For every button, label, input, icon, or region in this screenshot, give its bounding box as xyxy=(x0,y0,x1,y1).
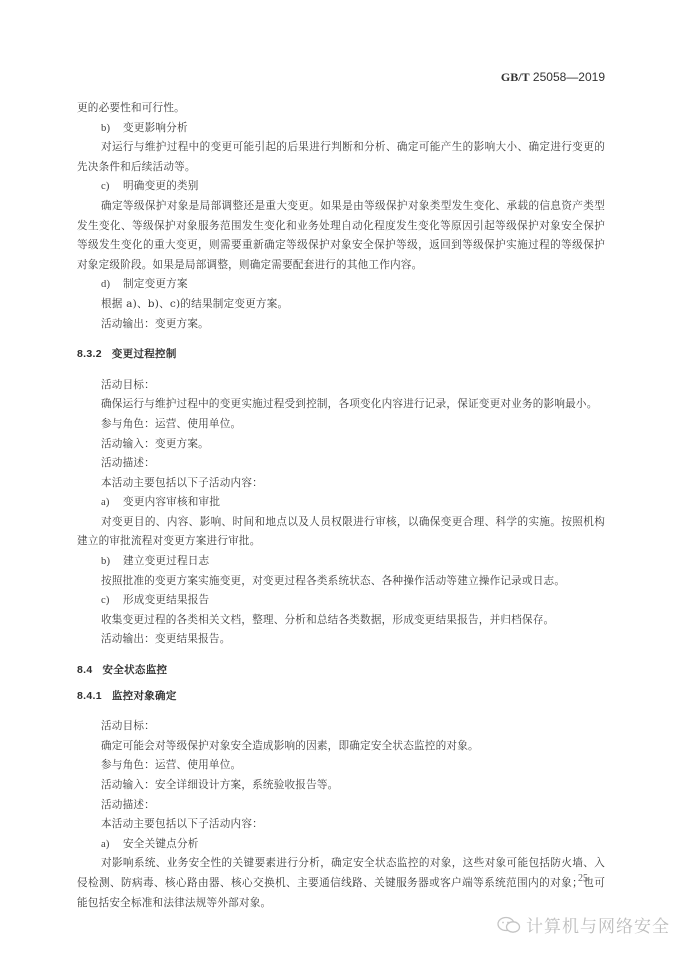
watermark: 计算机与网络安全 xyxy=(496,912,670,937)
list-item: b)建立变更过程日志 xyxy=(77,552,605,572)
paragraph: 活动目标： xyxy=(77,376,605,396)
paragraph: 对运行与维护过程中的变更可能引起的后果进行判断和分析、确定可能产生的影响大小、确… xyxy=(77,138,605,177)
paragraph: 更的必要性和可行性。 xyxy=(77,99,605,119)
paragraph: 本活动主要包括以下子活动内容： xyxy=(77,815,605,835)
section-heading-8-4: 8.4安全状态监控 xyxy=(77,661,605,681)
standard-number: 25058—2019 xyxy=(533,70,605,84)
section-heading-8-3-2: 8.3.2变更过程控制 xyxy=(77,345,605,365)
paragraph: 确保运行与维护过程中的变更实施过程受到控制，各项变化内容进行记录，保证变更对业务… xyxy=(77,395,605,415)
paragraph: 确定等级保护对象是局部调整还是重大变更。如果是由等级保护对象类型发生变化、承载的… xyxy=(77,197,605,275)
section-number: 8.3.2 xyxy=(77,345,102,365)
document-body: 更的必要性和可行性。 b)变更影响分析 对运行与维护过程中的变更可能引起的后果进… xyxy=(77,99,605,913)
paragraph: 活动描述： xyxy=(77,796,605,816)
paragraph: 活动输出：变更方案。 xyxy=(77,315,605,335)
section-number: 8.4 xyxy=(77,661,93,681)
list-title: 制定变更方案 xyxy=(123,278,188,290)
list-title: 变更影响分析 xyxy=(123,122,188,134)
list-title: 安全关键点分析 xyxy=(123,838,199,850)
paragraph: 本活动主要包括以下子活动内容： xyxy=(77,474,605,494)
list-item: a)安全关键点分析 xyxy=(77,835,605,855)
list-label: b) xyxy=(101,119,123,139)
paragraph: 活动输入：安全详细设计方案，系统验收报告等。 xyxy=(77,776,605,796)
page-number: 25 xyxy=(578,873,588,884)
section-title: 监控对象确定 xyxy=(112,690,177,702)
section-number: 8.4.1 xyxy=(77,687,102,707)
list-title: 建立变更过程日志 xyxy=(123,555,209,567)
section-heading-8-4-1: 8.4.1监控对象确定 xyxy=(77,687,605,707)
list-label: a) xyxy=(101,493,123,513)
list-label: a) xyxy=(101,835,123,855)
paragraph: 按照批准的变更方案实施变更，对变更过程各类系统状态、各种操作活动等建立操作记录或… xyxy=(77,572,605,592)
section-title: 变更过程控制 xyxy=(112,348,177,360)
list-item: d)制定变更方案 xyxy=(77,275,605,295)
paragraph: 活动输入：变更方案。 xyxy=(77,435,605,455)
paragraph: 确定可能会对等级保护对象安全造成影响的因素，即确定安全状态监控的对象。 xyxy=(77,737,605,757)
watermark-text: 计算机与网络安全 xyxy=(526,912,670,937)
list-item: b)变更影响分析 xyxy=(77,119,605,139)
paragraph: 参与角色：运营、使用单位。 xyxy=(77,415,605,435)
paragraph: 对影响系统、业务安全性的关键要素进行分析，确定安全状态监控的对象，这些对象可能包… xyxy=(77,854,605,913)
list-item: c)形成变更结果报告 xyxy=(77,591,605,611)
paragraph: 收集变更过程的各类相关文档，整理、分析和总结各类数据，形成变更结果报告，并归档保… xyxy=(77,611,605,631)
paragraph: 活动目标： xyxy=(77,717,605,737)
wechat-icon xyxy=(496,915,522,935)
section-title: 安全状态监控 xyxy=(103,664,168,676)
list-title: 变更内容审核和审批 xyxy=(123,496,220,508)
list-item: c)明确变更的类别 xyxy=(77,177,605,197)
paragraph: 活动描述： xyxy=(77,454,605,474)
list-label: c) xyxy=(101,177,123,197)
list-label: c) xyxy=(101,591,123,611)
document-header: GB/T 25058—2019 xyxy=(0,70,605,85)
list-item: a)变更内容审核和审批 xyxy=(77,493,605,513)
list-title: 明确变更的类别 xyxy=(123,180,199,192)
list-label: b) xyxy=(101,552,123,572)
list-label: d) xyxy=(101,275,123,295)
paragraph: 参与角色：运营、使用单位。 xyxy=(77,756,605,776)
paragraph: 活动输出：变更结果报告。 xyxy=(77,630,605,650)
paragraph: 对变更目的、内容、影响、时间和地点以及人员权限进行审核，以确保变更合理、科学的实… xyxy=(77,513,605,552)
paragraph: 根据 a)、b)、c)的结果制定变更方案。 xyxy=(77,295,605,315)
list-title: 形成变更结果报告 xyxy=(123,594,209,606)
standard-prefix: GB/T xyxy=(501,70,530,84)
